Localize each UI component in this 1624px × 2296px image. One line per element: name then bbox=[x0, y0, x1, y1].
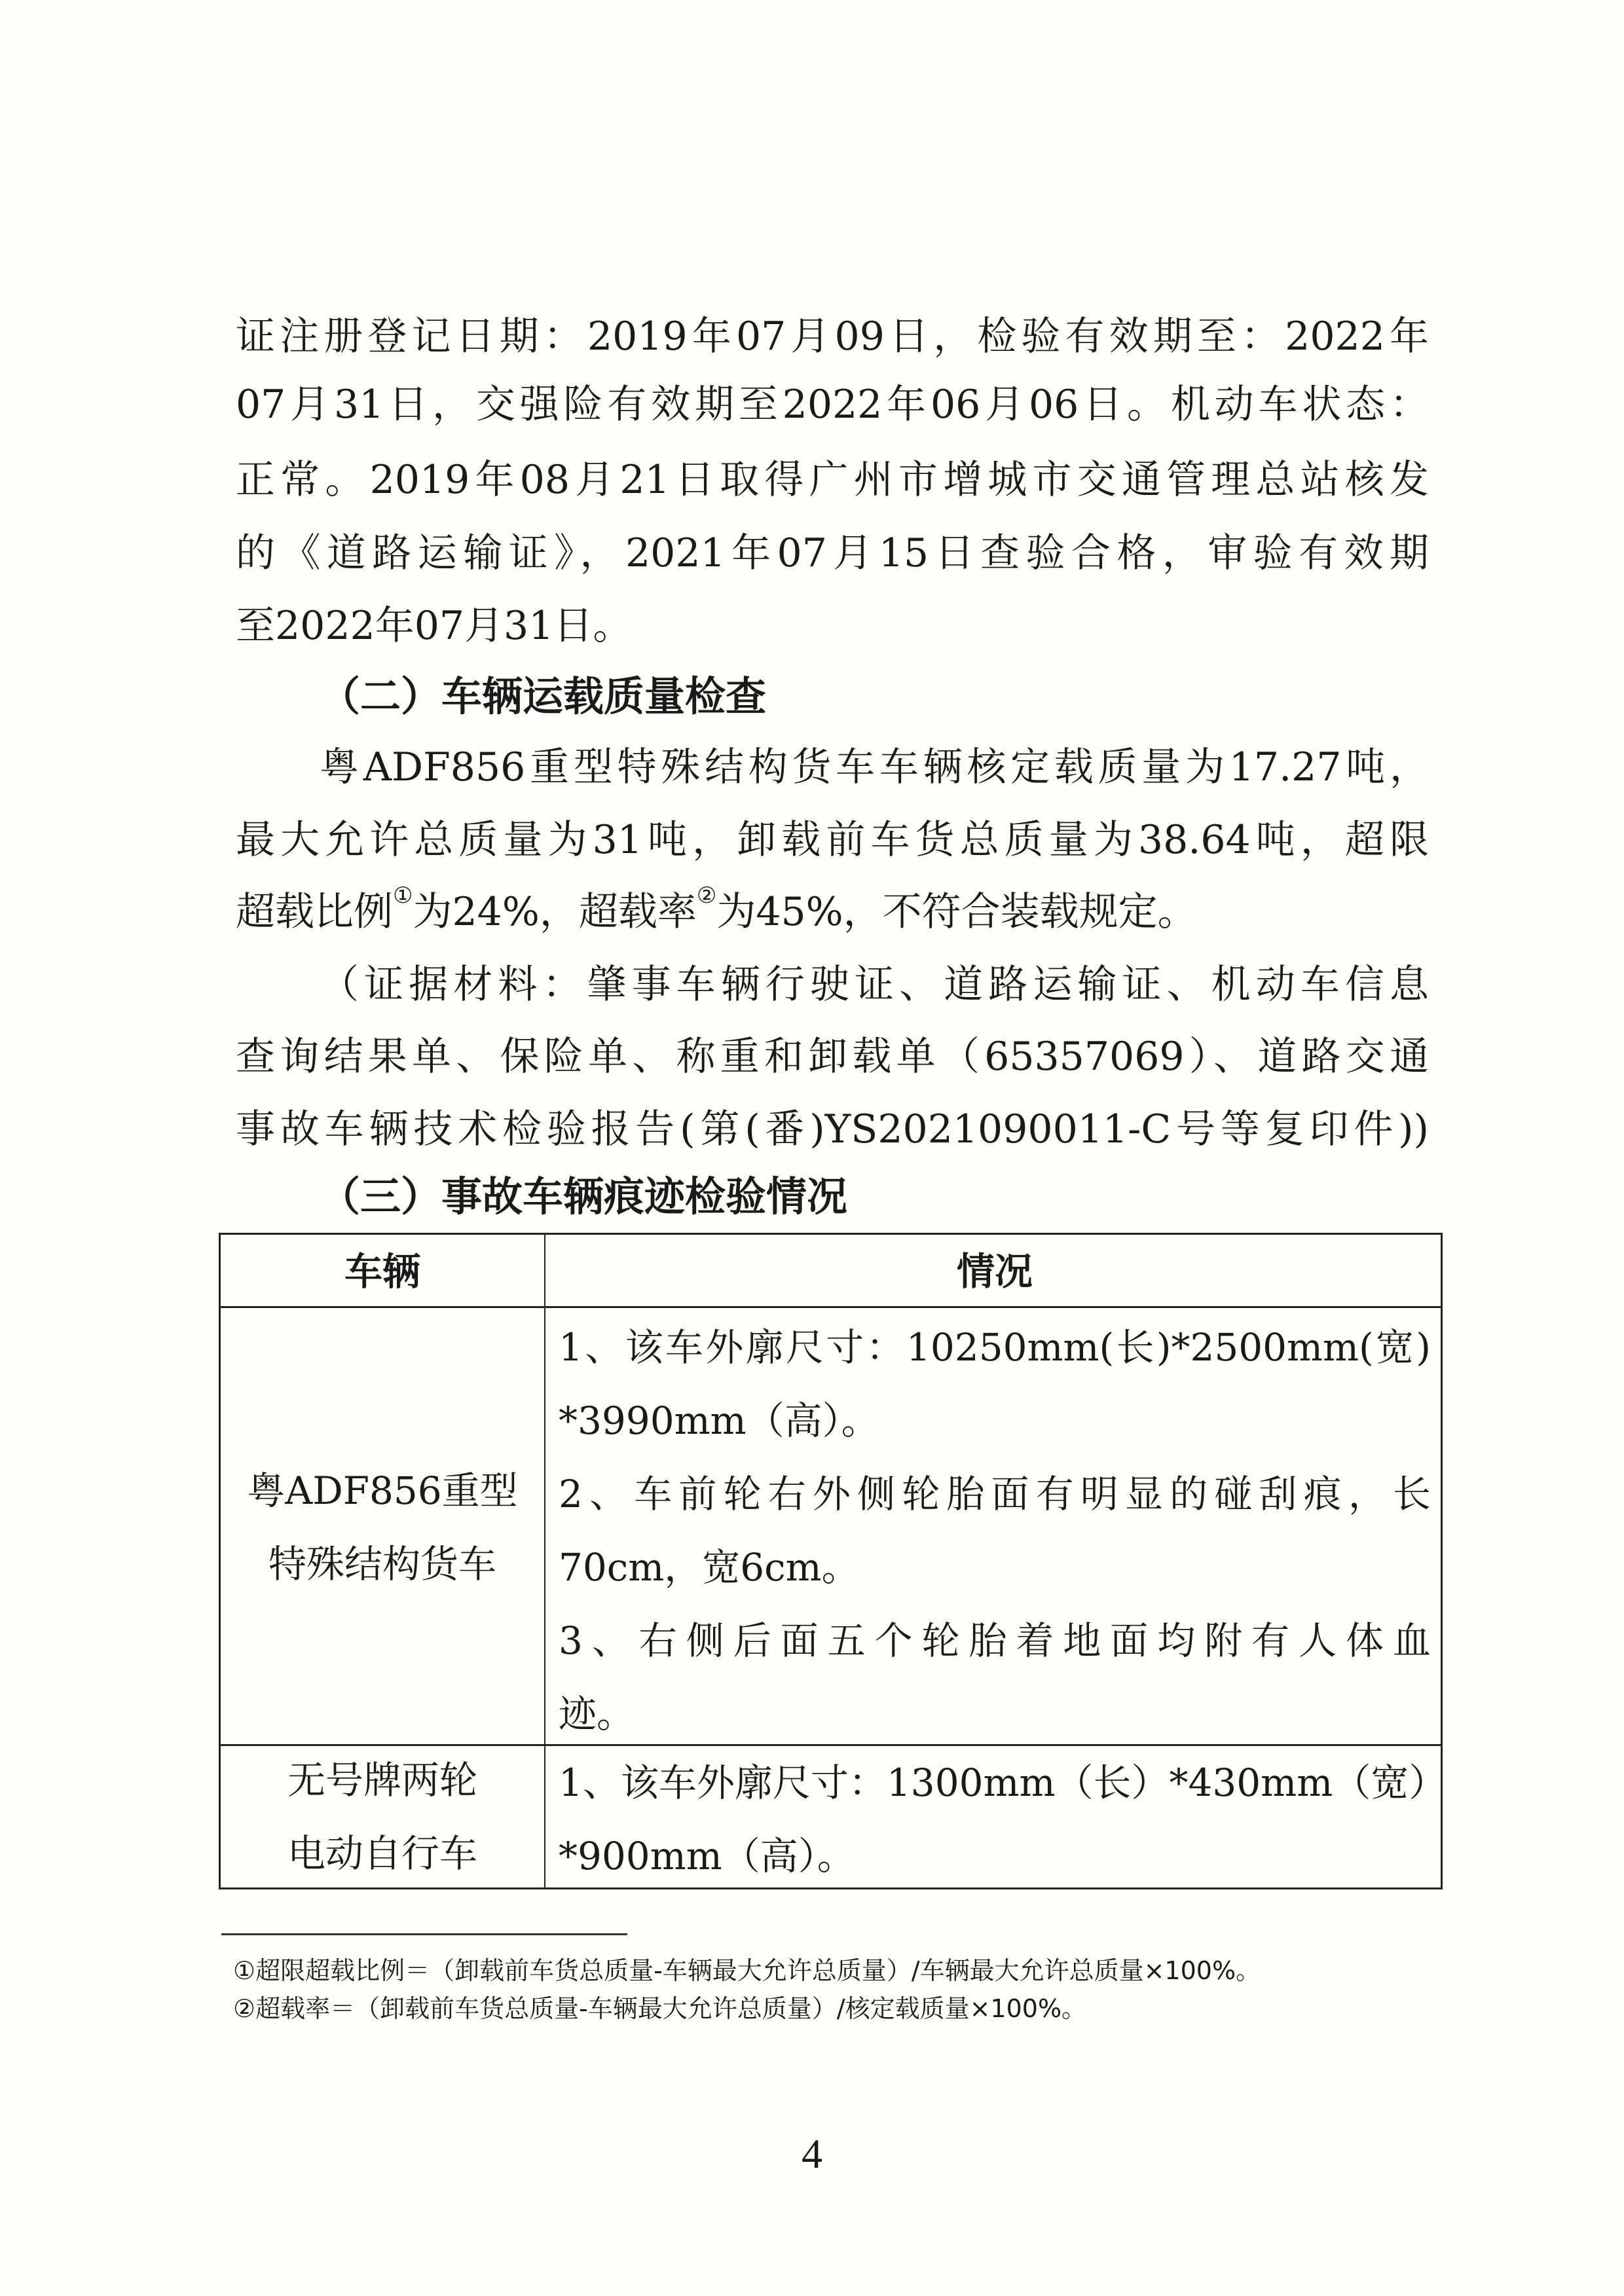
detail-line: 迹。 bbox=[559, 1677, 1431, 1751]
document-page: 证注册登记日期：2019年07月09日，检验有效期至：2022年 07月31日，… bbox=[0, 0, 1624, 2296]
section-heading-2: （二）车辆运载质量检查 bbox=[320, 660, 766, 733]
table-row: 无号牌两轮 电动自行车 1、该车外廓尺寸：1300mm（长）*430mm（宽） … bbox=[221, 1744, 1441, 1887]
footnote-ref-1[interactable]: ① bbox=[393, 883, 413, 909]
header-detail: 情况 bbox=[545, 1235, 1443, 1308]
header-vehicle: 车辆 bbox=[221, 1235, 544, 1308]
body-text-line: 至2022年07月31日。 bbox=[236, 589, 1429, 663]
vehicle-name-line: 无号牌两轮 bbox=[221, 1743, 544, 1817]
text-segment: 为45%，不符合装载规定。 bbox=[716, 889, 1196, 935]
detail-line: *3990mm（高）。 bbox=[559, 1384, 1431, 1457]
body-text-line: 证注册登记日期：2019年07月09日，检验有效期至：2022年 bbox=[236, 300, 1429, 373]
body-text-line: 粤ADF856重型特殊结构货车车辆核定载质量为17.27吨， bbox=[320, 731, 1429, 804]
footnote-ref-2[interactable]: ② bbox=[697, 883, 716, 909]
evidence-text-line: 查询结果单、保险单、称重和卸载单（65357069）、道路交通 bbox=[236, 1020, 1429, 1093]
vehicle-cell: 无号牌两轮 电动自行车 bbox=[221, 1746, 544, 1887]
vehicle-name-line: 电动自行车 bbox=[221, 1817, 544, 1890]
detail-cell: 1、该车外廓尺寸：10250mm(长)*2500mm(宽) *3990mm（高）… bbox=[545, 1308, 1443, 1746]
detail-line: 1、该车外廓尺寸：1300mm（长）*430mm（宽） bbox=[559, 1746, 1431, 1819]
text-segment: 为24%，超载率 bbox=[413, 889, 696, 935]
detail-line: 2、车前轮右外侧轮胎面有明显的碰刮痕，长 bbox=[559, 1457, 1431, 1531]
evidence-text-line: （证据材料：肇事车辆行驶证、道路运输证、机动车信息 bbox=[320, 948, 1429, 1021]
detail-line: 70cm，宽6cm。 bbox=[559, 1531, 1431, 1604]
detail-cell: 1、该车外廓尺寸：1300mm（长）*430mm（宽） *900mm（高）。 bbox=[545, 1746, 1443, 1887]
table-header-row: 车辆 情况 bbox=[221, 1235, 1441, 1308]
footnote-2: ②超载率＝（卸载前车货总质量-车辆最大允许总质量）/核定载质量×100%。 bbox=[233, 1990, 1086, 2028]
table-row: 粤ADF856重型 特殊结构货车 1、该车外廓尺寸：10250mm(长)*250… bbox=[221, 1306, 1441, 1746]
body-text-line: 的《道路运输证》，2021年07月15日查验合格，审验有效期 bbox=[236, 517, 1429, 590]
page-number: 4 bbox=[0, 2128, 1624, 2180]
detail-line: 1、该车外廓尺寸：10250mm(长)*2500mm(宽) bbox=[559, 1311, 1431, 1384]
vehicle-name-line: 特殊结构货车 bbox=[221, 1527, 544, 1601]
evidence-text-line: 事故车辆技术检验报告(第(番)YS2021090011-C号等复印件)) bbox=[236, 1093, 1429, 1166]
body-text-line-with-footnote-refs: 超载比例①为24%，超载率②为45%，不符合装载规定。 bbox=[236, 875, 1429, 949]
vehicle-name-line: 粤ADF856重型 bbox=[221, 1454, 544, 1527]
vehicle-trace-table: 车辆 情况 粤ADF856重型 特殊结构货车 1、该车外廓尺寸：10250mm(… bbox=[219, 1233, 1443, 1889]
body-text-line: 07月31日，交强险有效期至2022年06月06日。机动车状态： bbox=[236, 368, 1429, 441]
section-heading-3: （三）事故车辆痕迹检验情况 bbox=[320, 1160, 847, 1233]
body-text-line: 正常。2019年08月21日取得广州市增城市交通管理总站核发 bbox=[236, 443, 1429, 517]
detail-line: 3、右侧后面五个轮胎着地面均附有人体血 bbox=[559, 1604, 1431, 1677]
header-label: 车辆 bbox=[221, 1235, 544, 1308]
vehicle-cell: 粤ADF856重型 特殊结构货车 bbox=[221, 1308, 544, 1746]
text-segment: 超载比例 bbox=[236, 889, 393, 935]
footnote-1: ①超限超载比例＝（卸载前车货总质量-车辆最大允许总质量）/车辆最大允许总质量×1… bbox=[233, 1952, 1261, 1990]
footnote-separator bbox=[221, 1933, 627, 1935]
header-label: 情况 bbox=[957, 1249, 1033, 1294]
detail-line: *900mm（高）。 bbox=[559, 1819, 1431, 1893]
body-text-line: 最大允许总质量为31吨，卸载前车货总质量为38.64吨，超限 bbox=[236, 803, 1429, 877]
